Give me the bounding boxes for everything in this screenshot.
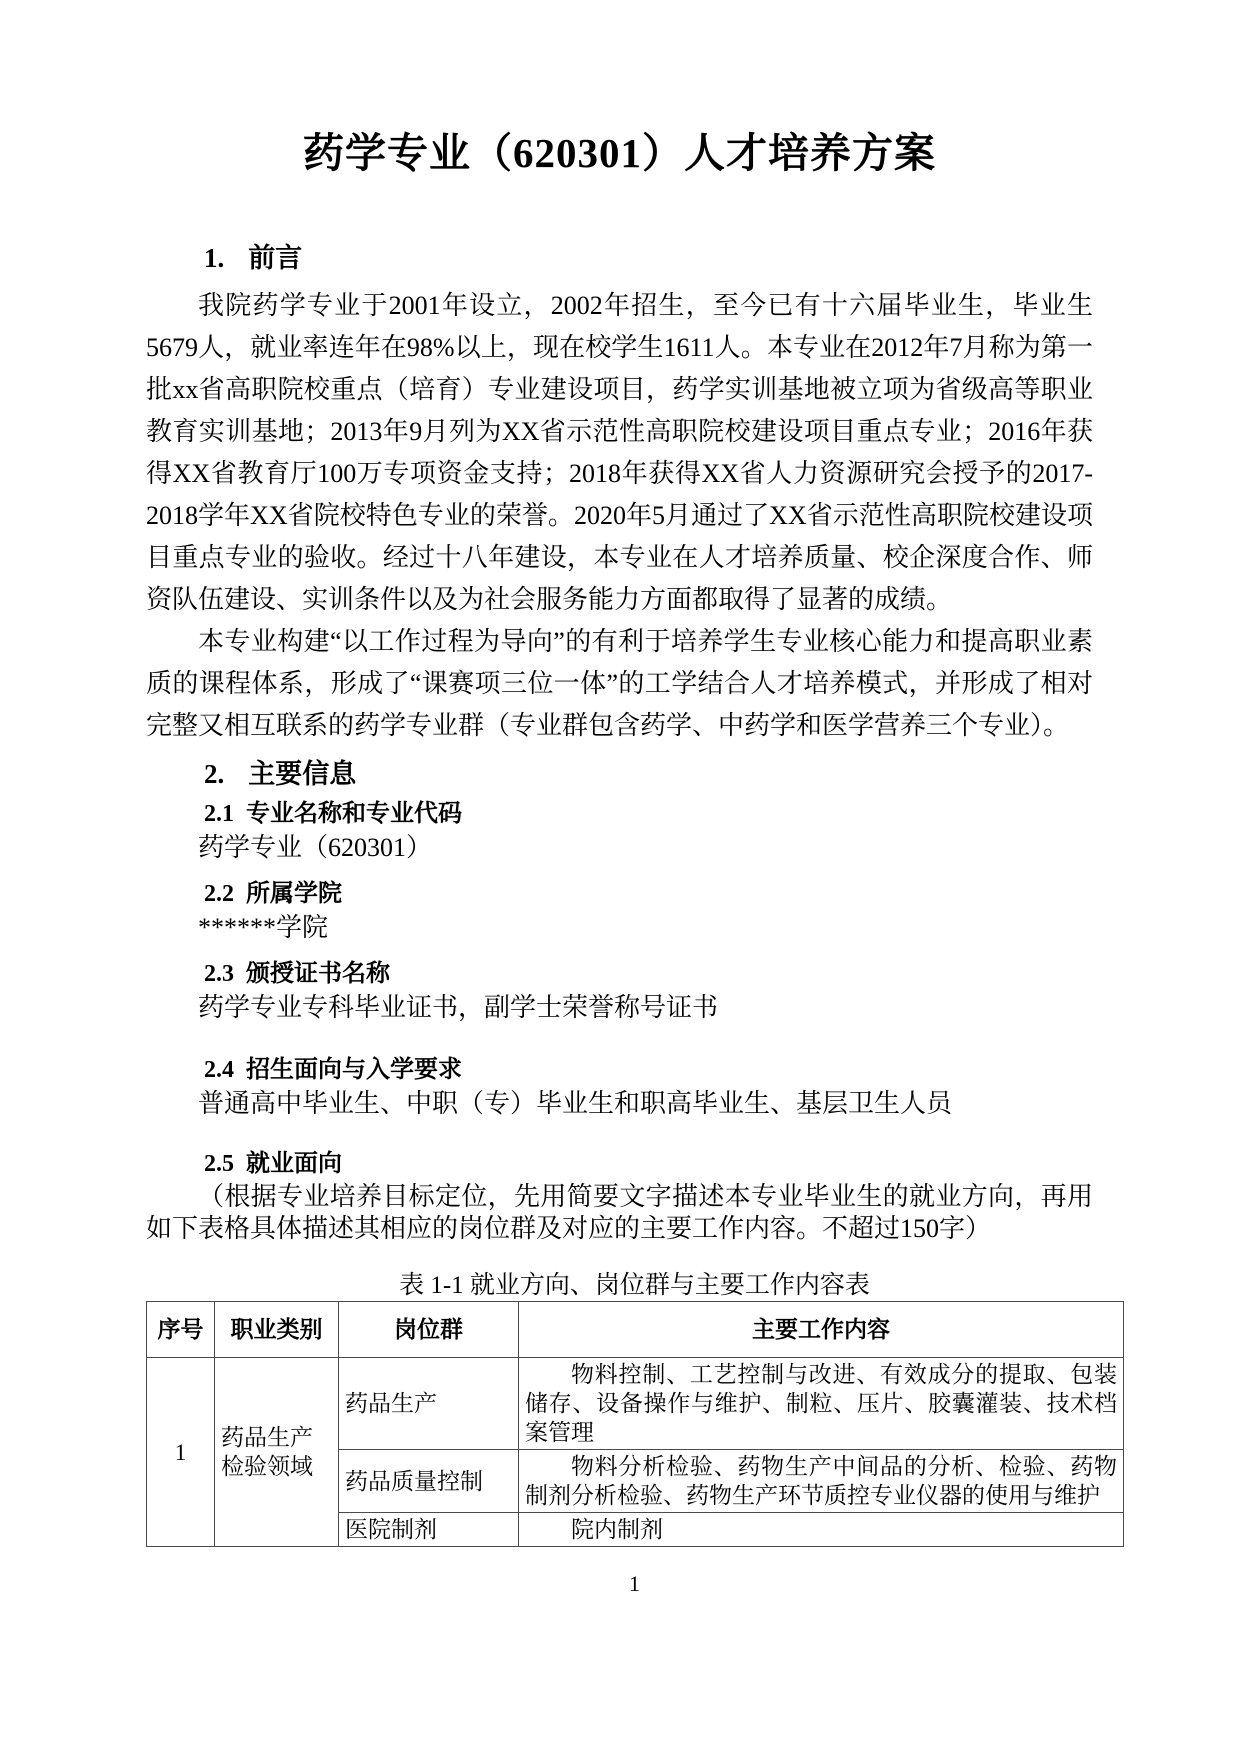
- subsection-heading-2-4: 2.4招生面向与入学要求: [204, 1055, 1093, 1085]
- cell-work-content: 物料控制、工艺控制与改进、有效成分的提取、包装储存、设备操作与维护、制粒、压片、…: [519, 1358, 1124, 1450]
- subsection-title: 颁授证书名称: [246, 960, 390, 987]
- table-header-category: 职业类别: [215, 1302, 339, 1358]
- subsection-heading-2-3: 2.3颁授证书名称: [204, 959, 1093, 989]
- cell-serial-number: 1: [147, 1358, 215, 1547]
- subsection-number: 2.3: [204, 961, 234, 987]
- cell-post-group: 医院制剂: [339, 1513, 519, 1547]
- subsection-content-2-2: ******学院: [146, 911, 1093, 945]
- subsection-number: 2.1: [204, 801, 234, 827]
- table-caption: 表 1-1 就业方向、岗位群与主要工作内容表: [146, 1271, 1123, 1301]
- section-title: 前言: [248, 243, 302, 273]
- document-page: 药学专业（620301）人才培养方案 1.前言 我院药学专业于2001年设立，2…: [0, 0, 1240, 1754]
- subsection-content-2-3: 药学专业专科毕业证书，副学士荣誉称号证书: [146, 991, 1093, 1025]
- subsection-heading-2-5: 2.5就业面向: [204, 1149, 1093, 1179]
- subsection-content-2-4: 普通高中毕业生、中职（专）毕业生和职高毕业生、基层卫生人员: [146, 1087, 1093, 1121]
- subsection-title: 就业面向: [246, 1150, 342, 1177]
- preface-paragraph-1: 我院药学专业于2001年设立，2002年招生，至今已有十六届毕业生，毕业生567…: [146, 285, 1093, 621]
- cell-work-content: 院内制剂: [519, 1513, 1124, 1547]
- subsection-title: 专业名称和专业代码: [246, 800, 462, 827]
- section-number: 1.: [204, 243, 224, 273]
- cell-work-content: 物料分析检验、药物生产中间品的分析、检验、药物制剂分析检验、药物生产环节质控专业…: [519, 1450, 1124, 1513]
- cell-post-group: 药品生产: [339, 1358, 519, 1450]
- preface-paragraph-2: 本专业构建“以工作过程为导向”的有利于培养学生专业核心能力和提高职业素质的课程体…: [146, 621, 1093, 747]
- page-number: 1: [146, 1571, 1123, 1597]
- table-header-no: 序号: [147, 1302, 215, 1358]
- subsection-content-2-1: 药学专业（620301）: [146, 831, 1093, 865]
- subsection-number: 2.5: [204, 1151, 234, 1177]
- cell-post-group: 药品质量控制: [339, 1450, 519, 1513]
- subsection-number: 2.4: [204, 1057, 234, 1083]
- subsection-heading-2-1: 2.1专业名称和专业代码: [204, 799, 1093, 829]
- subsection-title: 招生面向与入学要求: [246, 1056, 462, 1083]
- subsection-heading-2-2: 2.2所属学院: [204, 879, 1093, 909]
- table-row: 1 药品生产检验领域 药品生产 物料控制、工艺控制与改进、有效成分的提取、包装储…: [147, 1358, 1124, 1450]
- table-header-work-content: 主要工作内容: [519, 1302, 1124, 1358]
- section-heading-1: 1.前言: [204, 241, 1093, 275]
- subsection-number: 2.2: [204, 881, 234, 907]
- table-header-post-group: 岗位群: [339, 1302, 519, 1358]
- section-number: 2.: [204, 759, 224, 789]
- table-header-row: 序号 职业类别 岗位群 主要工作内容: [147, 1302, 1124, 1358]
- cell-category: 药品生产检验领域: [215, 1358, 339, 1547]
- subsection-content-2-5: （根据专业培养目标定位，先用简要文字描述本专业毕业生的就业方向，再用如下表格具体…: [146, 1181, 1093, 1245]
- employment-table: 序号 职业类别 岗位群 主要工作内容 1 药品生产检验领域 药品生产 物料控制、…: [146, 1301, 1124, 1547]
- section-title: 主要信息: [248, 759, 356, 789]
- subsection-title: 所属学院: [246, 880, 342, 907]
- page-title: 药学专业（620301）人才培养方案: [146, 128, 1093, 179]
- section-heading-2: 2.主要信息: [204, 757, 1093, 791]
